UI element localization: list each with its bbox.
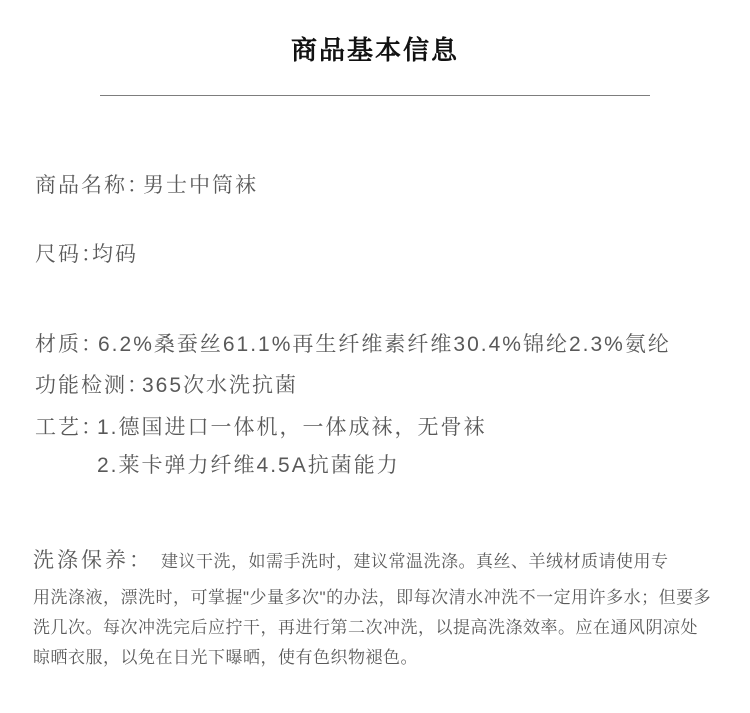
size-row: 尺码：均码	[35, 242, 138, 268]
material-label: 材质：	[35, 332, 98, 358]
care-row: 洗涤保养：建议干洗，如需手洗时，建议常温洗涤。真丝、羊绒材质请使用专	[33, 544, 669, 574]
product-basic-info-section: 商品基本信息 商品名称：男士中筒袜 尺码：均码 材质：6.2%桑蚕丝61.1%再…	[0, 0, 750, 713]
function-test-value: 365次水洗抗菌	[142, 374, 298, 397]
care-text-line1: 建议干洗，如需手洗时，建议常温洗涤。真丝、羊绒材质请使用专	[161, 552, 669, 571]
function-test-row: 功能检测：365次水洗抗菌	[35, 373, 298, 399]
care-text-line4: 晾晒衣服，以免在日光下曝晒，使有色织物褪色。	[33, 649, 418, 666]
product-name-label: 商品名称：	[35, 173, 143, 199]
craft-value-line2: 2.莱卡弹力纤维4.5A抗菌能力	[97, 453, 400, 479]
material-row: 材质：6.2%桑蚕丝61.1%再生纤维素纤维30.4%锦纶2.3%氨纶	[35, 332, 671, 358]
material-value: 6.2%桑蚕丝61.1%再生纤维素纤维30.4%锦纶2.3%氨纶	[98, 333, 671, 356]
craft-row-line1: 工艺：1.德国进口一体机，一体成袜，无骨袜	[35, 415, 487, 441]
product-name-value: 男士中筒袜	[143, 174, 258, 197]
craft-value-line1: 1.德国进口一体机，一体成袜，无骨袜	[97, 416, 487, 439]
function-test-label: 功能检测：	[35, 373, 142, 399]
product-name-row: 商品名称：男士中筒袜	[35, 173, 258, 199]
size-label: 尺码：	[35, 242, 92, 268]
craft-label: 工艺：	[35, 415, 97, 441]
size-value: 均码	[92, 243, 138, 266]
care-text-line2: 用洗涤液，漂洗时，可掌握"少量多次"的办法，即每次清水冲洗不一定用许多水；但要多	[33, 589, 711, 606]
care-label: 洗涤保养：	[33, 549, 153, 572]
section-title: 商品基本信息	[0, 30, 750, 67]
title-divider-line	[100, 95, 650, 96]
care-text-line3: 洗几次。每次冲洗完后应拧干，再进行第二次冲洗，以提高洗涤效率。应在通风阴凉处	[33, 619, 698, 636]
